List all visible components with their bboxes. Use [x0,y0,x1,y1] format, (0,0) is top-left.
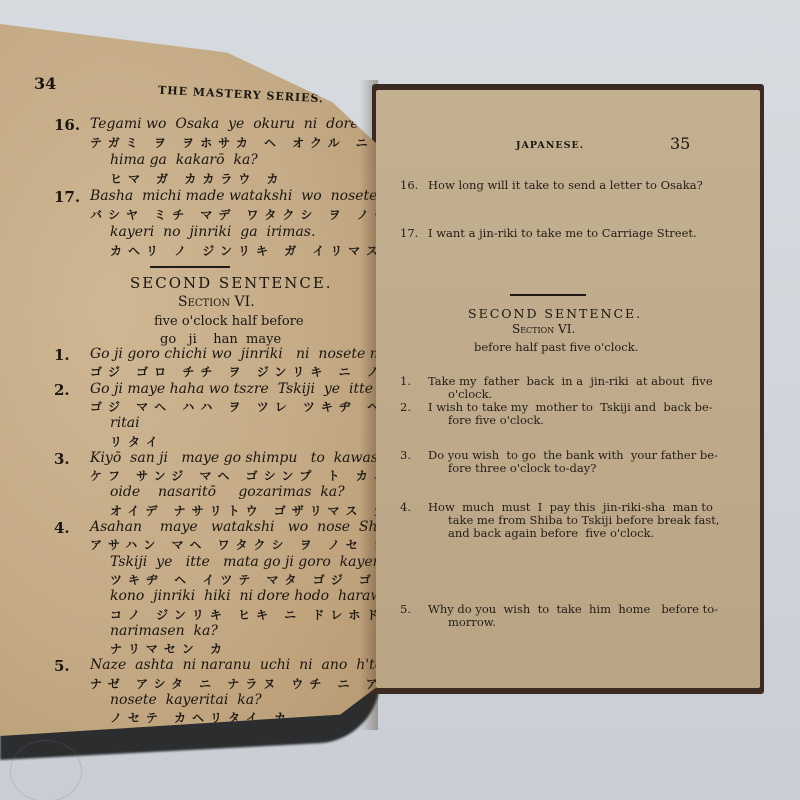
right-item-number: 4. [400,500,411,514]
left-running-head: THE MASTERY SERIES. [158,84,324,106]
right-gloss: before half past five o'clock. [474,340,638,354]
left-gloss-japanese: go ji han maye [160,332,281,347]
left-top-romaji-line: Tegami wo Osaka ye okuru ni dore hodo [90,116,402,132]
left-romaji-line: ritai [110,415,140,431]
right-item-number: 3. [400,448,411,462]
right-line: fore three o'clock to-day? [448,461,596,475]
right-line: How much must I pay this jin-riki-sha ma… [428,500,713,514]
left-item-number: 5. [54,657,70,675]
left-romaji-line: nosete kayeritai ka? [110,692,262,708]
right-line: I wish to take my mother to Tskiji and b… [428,400,713,414]
left-top-romaji-line: kayeri no jinriki ga irimas. [110,224,315,240]
right-section: Section VI. [512,322,575,336]
right-line: Do you wish to go the bank with your fat… [428,448,718,462]
watermark-seal [10,740,82,800]
left-page: 34 THE MASTERY SERIES. 16.Tegami wo Osak… [0,24,378,736]
left-top-item-number: 16. [54,116,80,134]
left-item-number: 2. [54,381,70,399]
left-item-number: 4. [54,519,70,537]
right-item-number: 5. [400,602,411,616]
left-item-number: 1. [54,346,70,364]
right-heading: SECOND SENTENCE. [468,306,642,321]
left-section: Section VI. [178,294,255,310]
right-line: Take my father back in a jin-riki at abo… [428,374,713,388]
right-top-line: How long will it take to send a letter t… [428,178,703,192]
right-page-number: 35 [670,134,690,153]
right-line: fore five o'clock. [448,413,544,427]
right-item-number: 2. [400,400,411,414]
left-heading: SECOND SENTENCE. [130,274,333,292]
right-running-head: JAPANESE. [516,140,584,151]
right-item-number: 1. [400,374,411,388]
left-top-romaji-line: hima ga kakarō ka? [110,152,258,168]
right-top-item-number: 17. [400,226,418,240]
left-gloss-english: five o'clock half before [154,314,304,329]
left-kana-line: ナリマセン カ [110,640,228,657]
right-line: Why do you wish to take him home before … [428,602,718,616]
section-rule [150,266,230,268]
left-page-number: 34 [34,74,56,93]
left-top-kana-line: カヘリ ノ ジンリキ ガ イリマス. [110,242,395,259]
right-line: o'clock. [448,387,492,401]
right-line: and back again before five o'clock. [448,526,654,540]
right-top-line: I want a jin-riki to take me to Carriage… [428,226,697,240]
right-line: take me from Shiba to Tskiji before brea… [448,513,720,527]
right-line: morrow. [448,615,496,629]
left-kana-line: オイデ ナサリトウ ゴザリマス カ [110,502,392,519]
left-top-item-number: 17. [54,188,80,206]
right-top-item-number: 16. [400,178,418,192]
right-page: JAPANESE. 35 16.How long will it take to… [376,90,760,688]
left-romaji-line: narimasen ka? [110,623,218,639]
right-section-rule [510,294,586,296]
left-item-number: 3. [54,450,70,468]
left-kana-line: リタイ [110,433,164,450]
left-romaji-line: oide nasaritō gozarimas ka? [110,484,345,500]
left-top-kana-line: ヒマ ガ カカラウ カ [110,170,285,187]
